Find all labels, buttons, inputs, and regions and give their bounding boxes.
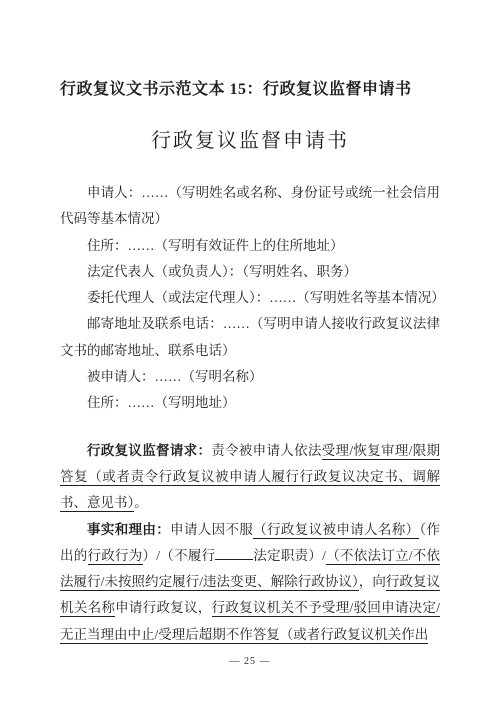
page-number: — 25 —: [0, 656, 500, 667]
text-run: 住所：……（写明有效证件上的住所地址）: [87, 238, 344, 253]
paragraph: 委托代理人（或法定代理人）：……（写明姓名等基本情况）: [60, 285, 440, 311]
text-run: 申请人因不服: [170, 522, 253, 537]
text-run: 法定职责）/: [253, 548, 326, 563]
paragraph: 被申请人：……（写明名称）: [60, 364, 440, 390]
text-run: （行政复议被申请人名称）: [253, 522, 419, 539]
document-title: 行政复议监督申请书: [0, 124, 500, 153]
paragraph: 行政复议监督请求：责令被申请人依法受理/恢复审理/限期答复（或者责令行政复议被申…: [60, 438, 440, 517]
text-run: 申请行政复议，: [115, 600, 212, 615]
text-run: 邮寄地址及联系电话：……（写明申请人接收行政复议法律文书的邮寄地址、联系电话）: [60, 316, 440, 357]
text-run: 责令被申请人依法: [211, 443, 321, 458]
text-run: 委托代理人（或法定代理人）：……（写明姓名等基本情况）: [87, 290, 445, 305]
paragraph: 住所：……（写明地址）: [60, 390, 440, 416]
document-body: 申请人：……（写明姓名或名称、身份证号或统一社会信用代码等基本情况）住所：……（…: [60, 180, 440, 648]
text-run: 申请人：……（写明姓名或名称、身份证号或统一社会信用代码等基本情况）: [60, 185, 440, 226]
text-run: 行政行为: [88, 548, 143, 565]
text-run: ，向: [359, 574, 386, 589]
text-run: 行政复议监督请求：: [87, 443, 211, 458]
document-page: 行政复议文书示范文本 15：行政复议监督申请书 行政复议监督申请书 申请人：………: [0, 0, 500, 711]
paragraph: 事实和理由：申请人因不服（行政复议被申请人名称）（作出的行政行为）/（不履行法定…: [60, 517, 440, 648]
text-run: 被申请人：……（写明名称）: [87, 369, 263, 384]
text-run: 法定代表人（或负责人）：（写明姓名、职务）: [87, 264, 357, 279]
document-header: 行政复议文书示范文本 15：行政复议监督申请书: [60, 76, 412, 99]
paragraph: 邮寄地址及联系电话：……（写明申请人接收行政复议法律文书的邮寄地址、联系电话）: [60, 311, 440, 364]
paragraph: 住所：……（写明有效证件上的住所地址）: [60, 233, 440, 259]
blank-underline: [215, 547, 253, 560]
text-run: 。: [134, 495, 148, 510]
paragraph: 申请人：……（写明姓名或名称、身份证号或统一社会信用代码等基本情况）: [60, 180, 440, 233]
paragraph: 法定代表人（或负责人）：（写明姓名、职务）: [60, 259, 440, 285]
text-run: 住所：……（写明地址）: [87, 395, 236, 410]
text-run: 事实和理由：: [87, 522, 170, 537]
text-run: ）/（不履行: [143, 548, 216, 563]
